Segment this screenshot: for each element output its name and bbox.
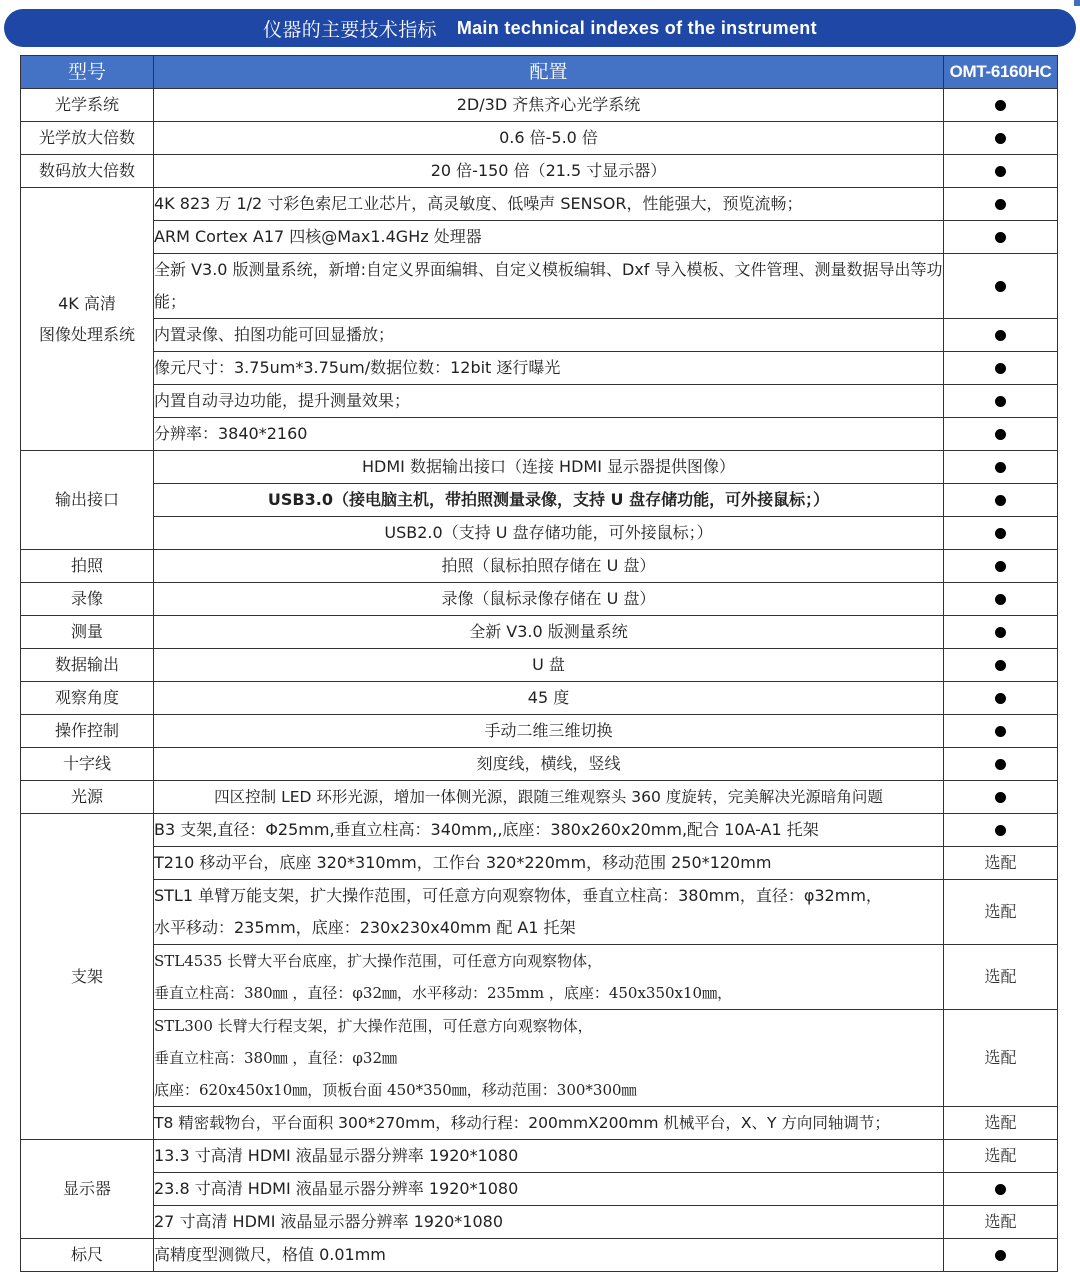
row-category: 拍照 — [21, 550, 154, 583]
row-config: 0.6 倍-5.0 倍 — [154, 122, 944, 155]
optional-mark: 选配 — [944, 880, 1058, 945]
standard-mark — [944, 188, 1058, 221]
table-row: 光学放大倍数 0.6 倍-5.0 倍 — [21, 122, 1058, 155]
row-config: 2D/3D 齐焦齐心光学系统 — [154, 89, 944, 122]
config-line: 底座：620x450x10㎜，顶板台面 450*350㎜，移动范围：300*30… — [154, 1074, 943, 1106]
row-category: 数据输出 — [21, 649, 154, 682]
row-category-output: 输出接口 — [21, 451, 154, 550]
standard-mark — [944, 748, 1058, 781]
standard-mark — [944, 418, 1058, 451]
bullet-icon — [995, 199, 1006, 210]
standard-mark — [944, 781, 1058, 814]
row-config: STL4535 长臂大平台底座，扩大操作范围，可任意方向观察物体， 垂直立柱高：… — [154, 945, 944, 1010]
table-row: 光源 四区控制 LED 环形光源，增加一体侧光源，跟随三维观察头 360 度旋转… — [21, 781, 1058, 814]
table-row: 数据输出 U 盘 — [21, 649, 1058, 682]
row-config: USB3.0（接电脑主机，带拍照测量录像，支持 U 盘存储功能，可外接鼠标；） — [154, 484, 944, 517]
standard-mark — [944, 517, 1058, 550]
table-row: 标尺 高精度型测微尺，格值 0.01mm — [21, 1239, 1058, 1272]
bullet-icon — [995, 232, 1006, 243]
row-category: 操作控制 — [21, 715, 154, 748]
bullet-icon — [995, 825, 1006, 836]
table-row: 数码放大倍数 20 倍-150 倍（21.5 寸显示器） — [21, 155, 1058, 188]
table-row: STL1 单臂万能支架，扩大操作范围，可任意方向观察物体，垂直立柱高：380mm… — [21, 880, 1058, 945]
standard-mark — [944, 814, 1058, 847]
standard-mark — [944, 155, 1058, 188]
bullet-icon — [995, 792, 1006, 803]
config-line: 垂直立柱高：380㎜ ，直径：φ32㎜ — [154, 1042, 943, 1074]
bullet-icon — [995, 396, 1006, 407]
row-config: 全新 V3.0 版测量系统 — [154, 616, 944, 649]
row-config: 全新 V3.0 版测量系统，新增:自定义界面编辑、自定义模板编辑、Dxf 导入模… — [154, 254, 944, 319]
config-line: 水平移动：235mm，底座：230x230x40mm 配 A1 托架 — [154, 912, 943, 944]
row-category: 光源 — [21, 781, 154, 814]
standard-mark — [944, 122, 1058, 155]
bullet-icon — [995, 166, 1006, 177]
table-row: USB3.0（接电脑主机，带拍照测量录像，支持 U 盘存储功能，可外接鼠标；） — [21, 484, 1058, 517]
row-category: 光学系统 — [21, 89, 154, 122]
bullet-icon — [995, 281, 1006, 292]
row-category: 观察角度 — [21, 682, 154, 715]
table-row: 测量 全新 V3.0 版测量系统 — [21, 616, 1058, 649]
table-row: 23.8 寸高清 HDMI 液晶显示器分辨率 1920*1080 — [21, 1173, 1058, 1206]
config-line: 垂直立柱高：380㎜ ，直径：φ32㎜，水平移动：235mm ，底座：450x3… — [154, 977, 943, 1009]
row-config: B3 支架,直径：Φ25mm,垂直立柱高：340mm,,底座：380x260x2… — [154, 814, 944, 847]
row-category-stand: 支架 — [21, 814, 154, 1140]
header-row: 型号 配置 OMT-6160HC — [21, 56, 1058, 89]
bullet-icon — [995, 363, 1006, 374]
table-row: 分辨率：3840*2160 — [21, 418, 1058, 451]
row-config: 刻度线，横线，竖线 — [154, 748, 944, 781]
table-row: 拍照 拍照（鼠标拍照存储在 U 盘） — [21, 550, 1058, 583]
standard-mark — [944, 221, 1058, 254]
standard-mark — [944, 583, 1058, 616]
table-row: 录像 录像（鼠标录像存储在 U 盘） — [21, 583, 1058, 616]
optional-mark: 选配 — [944, 1206, 1058, 1239]
config-line: STL1 单臂万能支架，扩大操作范围，可任意方向观察物体，垂直立柱高：380mm… — [154, 880, 943, 912]
row-config: 内置录像、拍图功能可回显播放； — [154, 319, 944, 352]
row-config: 20 倍-150 倍（21.5 寸显示器） — [154, 155, 944, 188]
row-category: 录像 — [21, 583, 154, 616]
row-config: STL1 单臂万能支架，扩大操作范围，可任意方向观察物体，垂直立柱高：380mm… — [154, 880, 944, 945]
bullet-icon — [995, 1184, 1006, 1195]
page-title-banner: 仪器的主要技术指标 Main technical indexes of the … — [4, 9, 1076, 47]
table-row: USB2.0（支持 U 盘存储功能，可外接鼠标；） — [21, 517, 1058, 550]
row-config: 内置自动寻边功能，提升测量效果； — [154, 385, 944, 418]
row-category-image-processing: 4K 高清 图像处理系统 — [21, 188, 154, 451]
bullet-icon — [995, 528, 1006, 539]
standard-mark — [944, 451, 1058, 484]
bullet-icon — [995, 429, 1006, 440]
row-config: 手动二维三维切换 — [154, 715, 944, 748]
header-config: 配置 — [154, 56, 944, 89]
table-row: 光学系统 2D/3D 齐焦齐心光学系统 — [21, 89, 1058, 122]
row-category: 光学放大倍数 — [21, 122, 154, 155]
optional-mark: 选配 — [944, 1140, 1058, 1173]
table-row: STL300 长臂大行程支架，扩大操作范围，可任意方向观察物体， 垂直立柱高：3… — [21, 1010, 1058, 1107]
header-model: OMT-6160HC — [944, 56, 1058, 89]
row-config: U 盘 — [154, 649, 944, 682]
row-config: ARM Cortex A17 四核@Max1.4GHz 处理器 — [154, 221, 944, 254]
table-row: 显示器 13.3 寸高清 HDMI 液晶显示器分辨率 1920*1080 选配 — [21, 1140, 1058, 1173]
standard-mark — [944, 649, 1058, 682]
config-line: STL300 长臂大行程支架，扩大操作范围，可任意方向观察物体， — [154, 1010, 943, 1042]
row-category-display: 显示器 — [21, 1140, 154, 1239]
standard-mark — [944, 1239, 1058, 1272]
row-config: T210 移动平台，底座 320*310mm，工作台 320*220mm，移动范… — [154, 847, 944, 880]
header-category: 型号 — [21, 56, 154, 89]
table-row: 全新 V3.0 版测量系统，新增:自定义界面编辑、自定义模板编辑、Dxf 导入模… — [21, 254, 1058, 319]
bullet-icon — [995, 594, 1006, 605]
row-config: 高精度型测微尺，格值 0.01mm — [154, 1239, 944, 1272]
spec-table: 型号 配置 OMT-6160HC 光学系统 2D/3D 齐焦齐心光学系统 光学放… — [20, 55, 1058, 1272]
table-row: 27 寸高清 HDMI 液晶显示器分辨率 1920*1080 选配 — [21, 1206, 1058, 1239]
standard-mark — [944, 89, 1058, 122]
config-line: STL4535 长臂大平台底座，扩大操作范围，可任意方向观察物体， — [154, 945, 943, 977]
table-row: 内置录像、拍图功能可回显播放； — [21, 319, 1058, 352]
optional-mark: 选配 — [944, 1010, 1058, 1107]
row-config: 23.8 寸高清 HDMI 液晶显示器分辨率 1920*1080 — [154, 1173, 944, 1206]
title-cn: 仪器的主要技术指标 — [263, 15, 437, 42]
bullet-icon — [995, 759, 1006, 770]
table-row: 十字线 刻度线，横线，竖线 — [21, 748, 1058, 781]
row-config: 45 度 — [154, 682, 944, 715]
row-config: 拍照（鼠标拍照存储在 U 盘） — [154, 550, 944, 583]
standard-mark — [944, 715, 1058, 748]
table-row: 内置自动寻边功能，提升测量效果； — [21, 385, 1058, 418]
category-line: 图像处理系统 — [21, 319, 153, 350]
table-row: T8 精密载物台，平台面积 300*270mm，移动行程：200mmX200mm… — [21, 1107, 1058, 1140]
table-row: STL4535 长臂大平台底座，扩大操作范围，可任意方向观察物体， 垂直立柱高：… — [21, 945, 1058, 1010]
row-config: 27 寸高清 HDMI 液晶显示器分辨率 1920*1080 — [154, 1206, 944, 1239]
bullet-icon — [995, 627, 1006, 638]
optional-mark: 选配 — [944, 847, 1058, 880]
standard-mark — [944, 616, 1058, 649]
row-config: HDMI 数据输出接口（连接 HDMI 显示器提供图像） — [154, 451, 944, 484]
table-row: ARM Cortex A17 四核@Max1.4GHz 处理器 — [21, 221, 1058, 254]
row-category: 测量 — [21, 616, 154, 649]
table-row: 观察角度 45 度 — [21, 682, 1058, 715]
bullet-icon — [995, 133, 1006, 144]
standard-mark — [944, 352, 1058, 385]
row-config: STL300 长臂大行程支架，扩大操作范围，可任意方向观察物体， 垂直立柱高：3… — [154, 1010, 944, 1107]
table-row: 输出接口 HDMI 数据输出接口（连接 HDMI 显示器提供图像） — [21, 451, 1058, 484]
bullet-icon — [995, 330, 1006, 341]
row-config: 录像（鼠标录像存储在 U 盘） — [154, 583, 944, 616]
table-row: T210 移动平台，底座 320*310mm，工作台 320*220mm，移动范… — [21, 847, 1058, 880]
row-config: 4K 823 万 1/2 寸彩色索尼工业芯片，高灵敏度、低噪声 SENSOR，性… — [154, 188, 944, 221]
row-category: 标尺 — [21, 1239, 154, 1272]
table-row: 支架 B3 支架,直径：Φ25mm,垂直立柱高：340mm,,底座：380x26… — [21, 814, 1058, 847]
row-config: 四区控制 LED 环形光源，增加一体侧光源，跟随三维观察头 360 度旋转，完美… — [154, 781, 944, 814]
title-en: Main technical indexes of the instrument — [457, 18, 817, 39]
standard-mark — [944, 319, 1058, 352]
standard-mark — [944, 254, 1058, 319]
optional-mark: 选配 — [944, 945, 1058, 1010]
bullet-icon — [995, 495, 1006, 506]
row-config: 像元尺寸：3.75um*3.75um/数据位数：12bit 逐行曝光 — [154, 352, 944, 385]
standard-mark — [944, 484, 1058, 517]
row-config: USB2.0（支持 U 盘存储功能，可外接鼠标；） — [154, 517, 944, 550]
table-row: 4K 高清 图像处理系统 4K 823 万 1/2 寸彩色索尼工业芯片，高灵敏度… — [21, 188, 1058, 221]
row-config: 分辨率：3840*2160 — [154, 418, 944, 451]
bullet-icon — [995, 1250, 1006, 1261]
bullet-icon — [995, 100, 1006, 111]
row-config: 13.3 寸高清 HDMI 液晶显示器分辨率 1920*1080 — [154, 1140, 944, 1173]
standard-mark — [944, 385, 1058, 418]
optional-mark: 选配 — [944, 1107, 1058, 1140]
standard-mark — [944, 682, 1058, 715]
bullet-icon — [995, 462, 1006, 473]
row-config: T8 精密载物台，平台面积 300*270mm，移动行程：200mmX200mm… — [154, 1107, 944, 1140]
row-category: 数码放大倍数 — [21, 155, 154, 188]
category-line: 4K 高清 — [21, 288, 153, 319]
bullet-icon — [995, 726, 1006, 737]
bullet-icon — [995, 561, 1006, 572]
standard-mark — [944, 1173, 1058, 1206]
bullet-icon — [995, 693, 1006, 704]
table-row: 像元尺寸：3.75um*3.75um/数据位数：12bit 逐行曝光 — [21, 352, 1058, 385]
table-row: 操作控制 手动二维三维切换 — [21, 715, 1058, 748]
corner-accent — [1074, 0, 1080, 6]
bullet-icon — [995, 660, 1006, 671]
standard-mark — [944, 550, 1058, 583]
row-category: 十字线 — [21, 748, 154, 781]
